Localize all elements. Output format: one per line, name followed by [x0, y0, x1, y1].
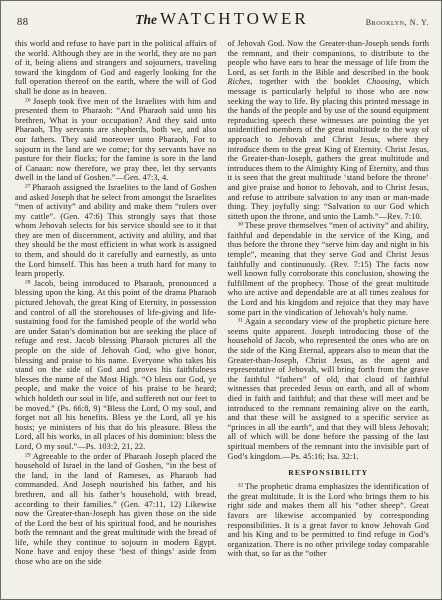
- paragraph: 30 These prove themselves “men of activi…: [228, 221, 430, 317]
- paragraph: 32 The prophetic drama emphasizes the id…: [228, 482, 430, 559]
- text-segment: Agreeable to the order of Pharaoh Joseph…: [15, 452, 217, 567]
- paragraph-number: 28: [25, 279, 34, 285]
- text-segment: The prophetic drama emphasizes the ident…: [228, 482, 430, 558]
- paragraph-number: 31: [238, 318, 245, 324]
- text-segment: Pharaoh assigned the Israelites to the l…: [15, 183, 217, 278]
- issue-location: Brooklyn, N. Y.: [366, 18, 429, 27]
- paragraph-number: 29: [25, 452, 33, 458]
- text-segment: this world and refuse to have part in th…: [15, 39, 217, 96]
- magazine-page: 88 TheWATCHTOWER Brooklyn, N. Y. this wo…: [0, 0, 442, 600]
- paragraph: 28 Jacob, being introduced to Pharaoh, p…: [15, 279, 217, 452]
- paragraph-number: 32: [238, 483, 245, 489]
- text-segment: These prove themselves “men of activity”…: [228, 221, 430, 316]
- text-columns: this world and refuse to have part in th…: [15, 39, 429, 567]
- section-heading: RESPONSIBILITY: [228, 468, 430, 477]
- text-segment: Joseph took five men of the Israelites w…: [15, 97, 217, 183]
- text-segment: Again a secondary view of the prophetic …: [228, 317, 430, 460]
- paragraph-number: 30: [238, 222, 245, 228]
- paragraph: 29 Agreeable to the order of Pharaoh Jos…: [15, 452, 217, 567]
- text-segment: of Jehovah God. Now the Greater-than-Jos…: [228, 39, 430, 77]
- masthead-the-word: The: [135, 12, 157, 27]
- right-column: of Jehovah God. Now the Greater-than-Jos…: [228, 39, 430, 567]
- paragraph: 27 Pharaoh assigned the Israelites to th…: [15, 183, 217, 279]
- page-header: 88 TheWATCHTOWER Brooklyn, N. Y.: [15, 9, 429, 35]
- paragraph: 26 Joseph took five men of the Israelite…: [15, 97, 217, 183]
- left-column: this world and refuse to have part in th…: [15, 39, 217, 567]
- text-segment: , together with the booklet: [250, 77, 366, 86]
- text-segment: Riches: [228, 77, 251, 86]
- paragraph: 31 Again a secondary view of the prophet…: [228, 317, 430, 461]
- text-segment: Jacob, being introduced to Pharaoh, pron…: [15, 279, 217, 451]
- paragraph: this world and refuse to have part in th…: [15, 39, 217, 97]
- text-segment: Choosing: [366, 77, 399, 86]
- paragraph: of Jehovah God. Now the Greater-than-Jos…: [228, 39, 430, 221]
- text-segment: , which message is particularly helpful …: [228, 77, 430, 220]
- paragraph-number: 26: [25, 97, 33, 103]
- masthead-title: WATCHTOWER: [160, 9, 309, 28]
